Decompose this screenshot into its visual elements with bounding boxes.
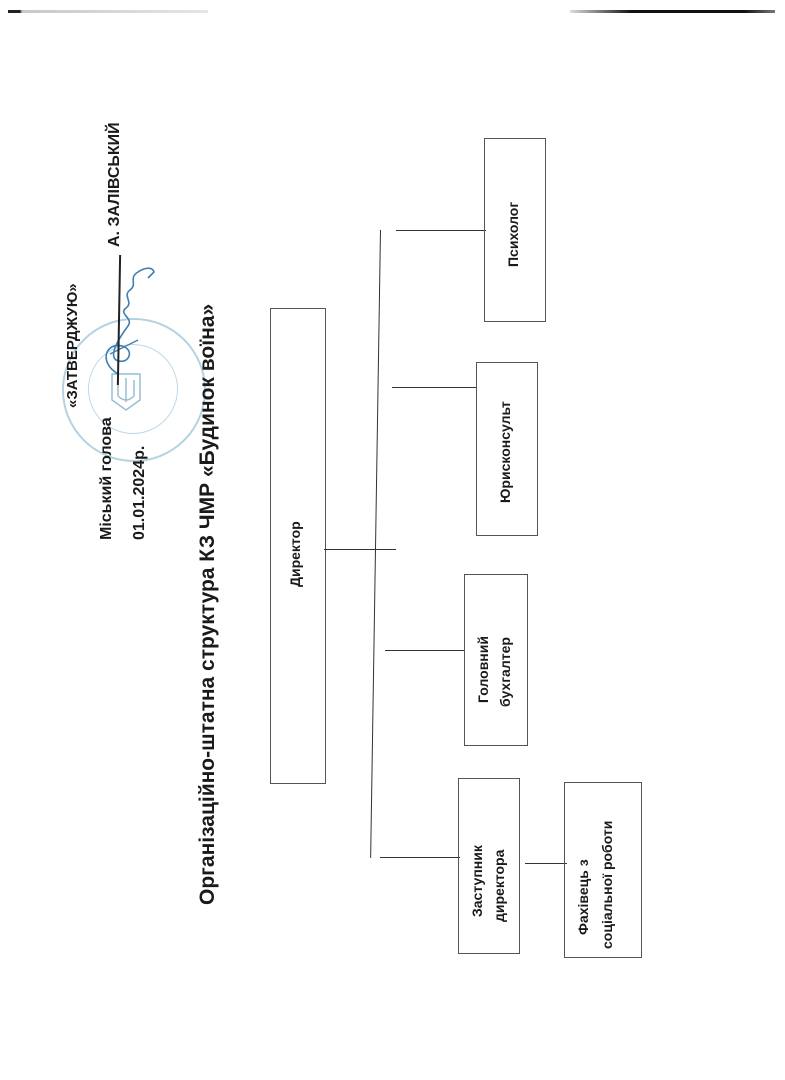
org-box-psychologist: Психолог — [484, 138, 546, 322]
connector-trunk — [370, 230, 381, 858]
connector-jurist — [392, 387, 476, 388]
connector-psycholog — [396, 230, 486, 231]
approval-date: 01.01.2024р. — [131, 446, 149, 540]
org-box-social-worker: Фахівець з соціальної роботи — [564, 782, 642, 958]
org-box-director: Директор — [270, 308, 326, 784]
org-box-chief-accountant: Головний бухгалтер — [464, 574, 528, 746]
connector-social-worker — [525, 863, 567, 864]
connector-deputy — [380, 857, 460, 858]
signature — [88, 262, 158, 382]
approval-heading: «ЗАТВЕРДЖУЮ» — [64, 283, 81, 408]
scan-edge-left — [8, 10, 208, 13]
scan-edge-right — [570, 10, 775, 13]
approver-position: Міський голова — [98, 417, 116, 540]
approver-name: А. ЗАЛІВСЬКИЙ — [106, 122, 124, 247]
document-title: Організаційно-штатна структура КЗ ЧМР «Б… — [196, 304, 220, 905]
org-box-deputy-director: Заступник директора — [458, 778, 520, 954]
connector-accountant — [385, 650, 465, 651]
connector-director — [324, 549, 396, 550]
org-box-jurist: Юрисконсульт — [476, 362, 538, 536]
